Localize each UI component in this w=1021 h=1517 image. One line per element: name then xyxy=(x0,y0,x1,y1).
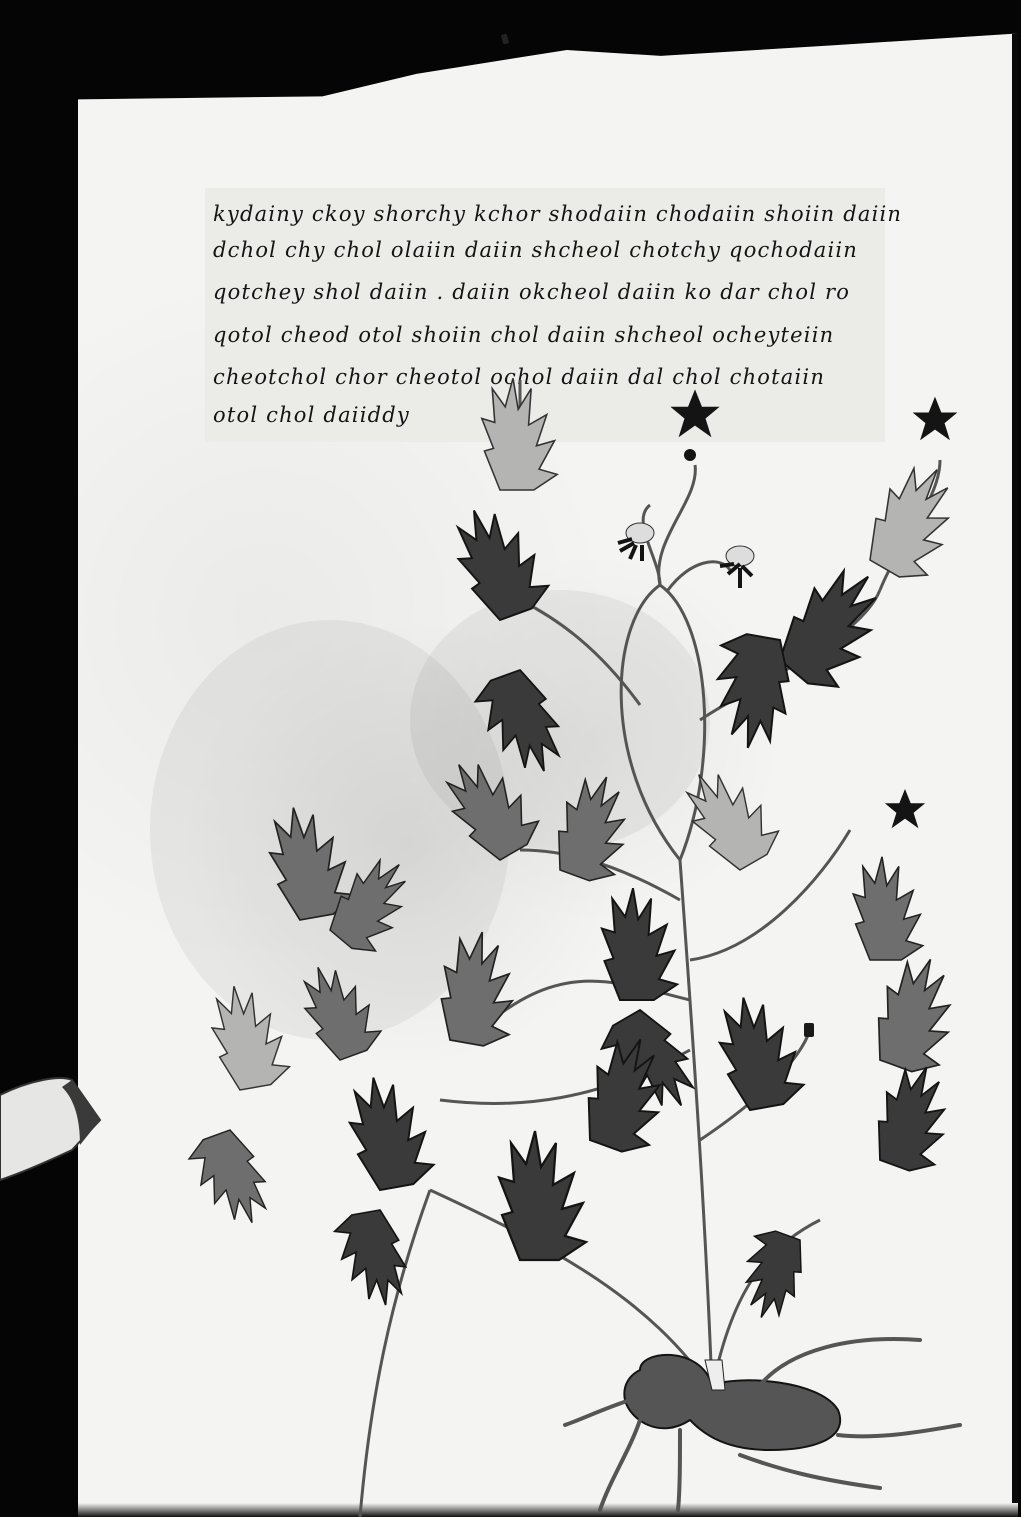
flower-right-icon xyxy=(886,790,924,827)
ink-square-mark xyxy=(804,1023,814,1037)
leaves xyxy=(185,378,976,1325)
page-holder-tab xyxy=(0,1075,110,1185)
flower-top-right-icon xyxy=(914,398,956,439)
plant-root xyxy=(565,1339,960,1510)
plant-illustration xyxy=(0,0,1021,1517)
flower-top-center-icon xyxy=(672,391,718,436)
